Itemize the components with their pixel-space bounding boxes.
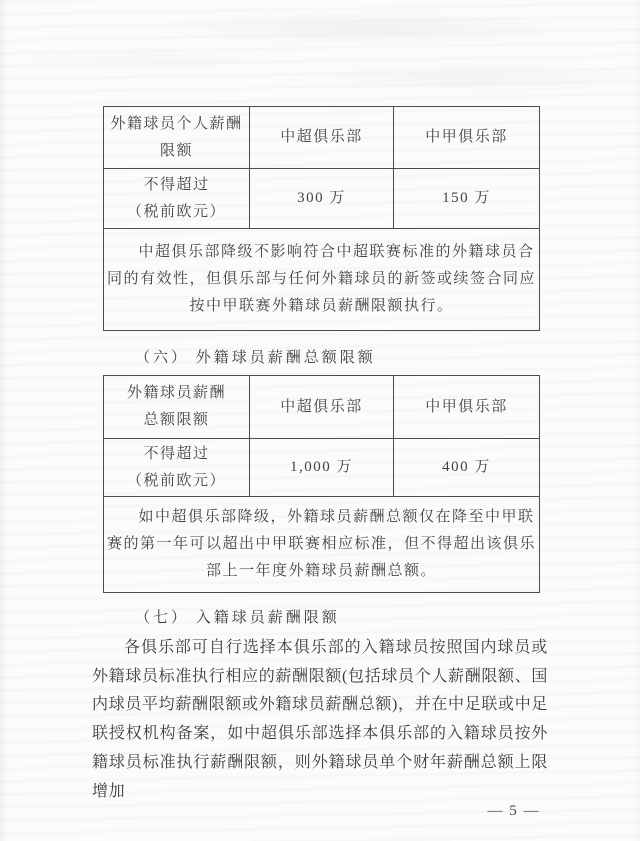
csl-limit-value: 300 万 — [250, 169, 394, 229]
relegation-note-cell: 中超俱乐部降级不影响符合中超联赛标准的外籍球员合同的有效性，但俱乐部与任何外籍球… — [104, 229, 540, 331]
table-note-row: 中超俱乐部降级不影响符合中超联赛标准的外籍球员合同的有效性，但俱乐部与任何外籍球… — [104, 229, 540, 331]
csl-limit-value: 1,000 万 — [250, 439, 394, 497]
foreign-player-total-salary-limit-table: 外籍球员薪酬 总额限额 中超俱乐部 中甲俱乐部 不得超过 （税前欧元） 1,00… — [103, 375, 540, 593]
limit-label-cell: 不得超过 （税前欧元） — [104, 439, 250, 497]
section-6-heading: （六） 外籍球员薪酬总额限额 — [135, 346, 376, 367]
table-limit-row: 不得超过 （税前欧元） 300 万 150 万 — [104, 169, 540, 229]
table-header-row: 外籍球员薪酬 总额限额 中超俱乐部 中甲俱乐部 — [104, 376, 540, 439]
table-note-row: 如中超俱乐部降级，外籍球员薪酬总额仅在降至中甲联赛的第一年可以超出中甲联赛相应标… — [104, 497, 540, 593]
table-limit-row: 不得超过 （税前欧元） 1,000 万 400 万 — [104, 439, 540, 497]
league-one-limit-value: 400 万 — [394, 439, 540, 497]
table-header-row: 外籍球员个人薪酬 限额 中超俱乐部 中甲俱乐部 — [104, 107, 540, 169]
section-7-paragraph: 各俱乐部可自行选择本俱乐部的入籍球员按照国内球员或外籍球员标准执行相应的薪酬限额… — [92, 634, 548, 806]
table-title-cell: 外籍球员薪酬 总额限额 — [104, 376, 250, 439]
relegation-note-cell: 如中超俱乐部降级，外籍球员薪酬总额仅在降至中甲联赛的第一年可以超出中甲联赛相应标… — [104, 497, 540, 593]
league-one-column-header: 中甲俱乐部 — [394, 376, 540, 439]
table-title-cell: 外籍球员个人薪酬 限额 — [104, 107, 250, 169]
csl-column-header: 中超俱乐部 — [250, 376, 394, 439]
league-one-limit-value: 150 万 — [394, 169, 540, 229]
league-one-column-header: 中甲俱乐部 — [394, 107, 540, 169]
scanned-document-page: 外籍球员个人薪酬 限额 中超俱乐部 中甲俱乐部 不得超过 （税前欧元） 300 … — [0, 0, 640, 841]
limit-label-cell: 不得超过 （税前欧元） — [104, 169, 250, 229]
foreign-player-individual-salary-limit-table: 外籍球员个人薪酬 限额 中超俱乐部 中甲俱乐部 不得超过 （税前欧元） 300 … — [103, 106, 540, 331]
csl-column-header: 中超俱乐部 — [250, 107, 394, 169]
page-number: — 5 — — [488, 803, 541, 820]
section-7-heading: （七） 入籍球员薪酬限额 — [135, 606, 340, 627]
